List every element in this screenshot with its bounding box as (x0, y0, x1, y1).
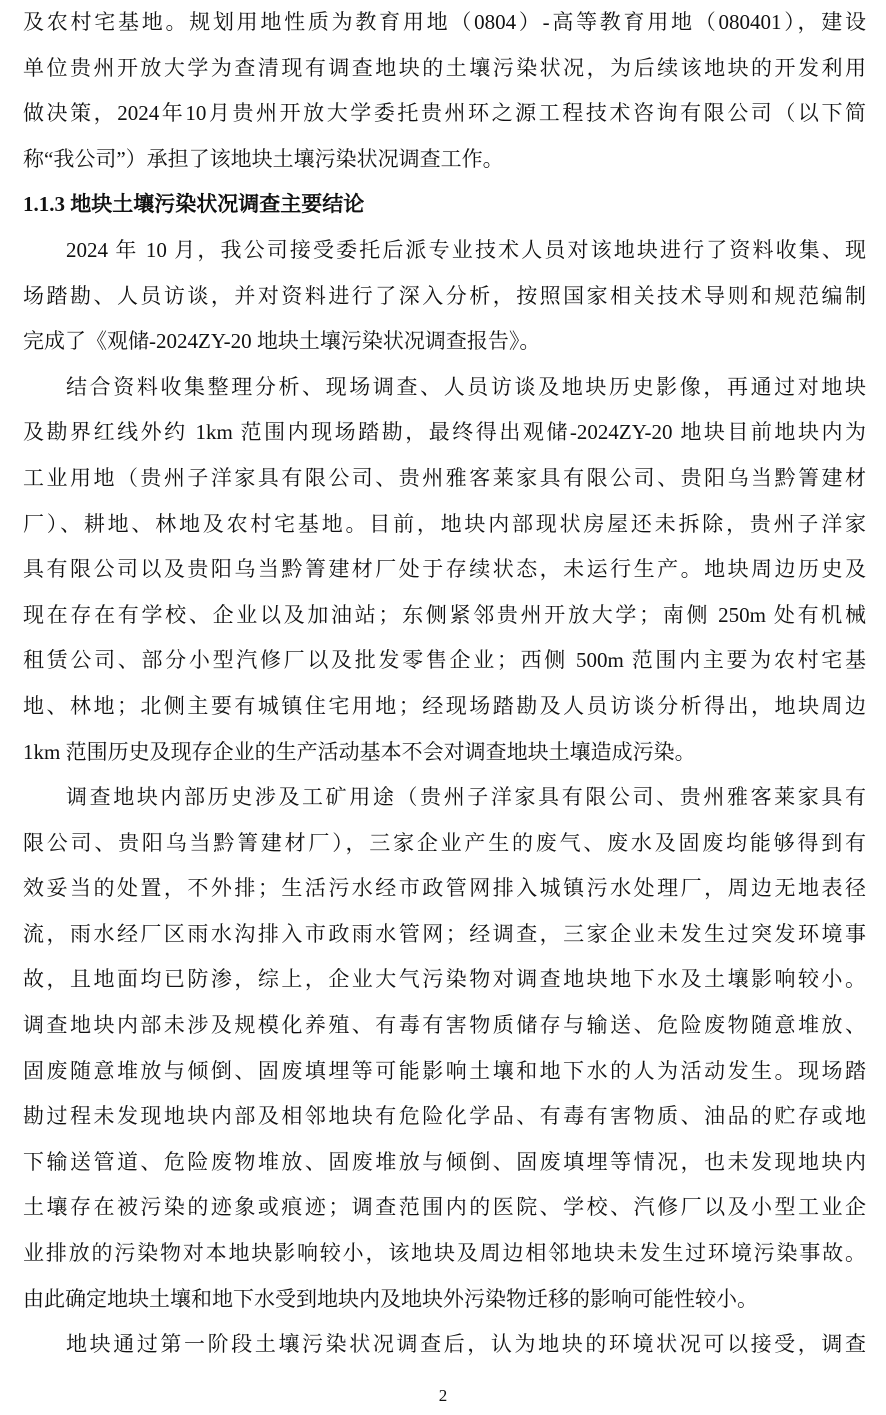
text-line: 称“我公司”）承担了该地块土壤污染状况调查工作。 (23, 137, 866, 183)
text-line: 限公司、贵阳乌当黔箐建材厂），三家企业产生的废气、废水及固废均能够得到有 (23, 821, 866, 867)
text-line: 厂）、耕地、林地及农村宅基地。目前，地块内部现状房屋还未拆除，贵州子洋家 (23, 502, 866, 548)
text-line: 故，且地面均已防渗，综上，企业大气污染物对调查地块地下水及土壤影响较小。 (23, 957, 866, 1003)
text-line: 结合资料收集整理分析、现场调查、人员访谈及地块历史影像，再通过对地块 (23, 365, 866, 411)
text-line: 租赁公司、部分小型汽修厂以及批发零售企业；西侧 500m 范围内主要为农村宅基 (23, 638, 866, 684)
text-line: 完成了《观储-2024ZY-20 地块土壤污染状况调查报告》。 (23, 319, 866, 365)
text-line: 业排放的污染物对本地块影响较小，该地块及周边相邻地块未发生过环境污染事故。 (23, 1231, 866, 1277)
page-number: 2 (0, 1386, 886, 1406)
text-line: 1km 范围历史及现存企业的生产活动基本不会对调查地块土壤造成污染。 (23, 730, 866, 776)
section-heading: 1.1.3 地块土壤污染状况调查主要结论 (23, 182, 866, 228)
text-line: 调查地块内部未涉及规模化养殖、有毒有害物质储存与输送、危险废物随意堆放、 (23, 1003, 866, 1049)
text-line: 土壤存在被污染的迹象或痕迹；调查范围内的医院、学校、汽修厂以及小型工业企 (23, 1185, 866, 1231)
text-line: 地、林地；北侧主要有城镇住宅用地；经现场踏勘及人员访谈分析得出，地块周边 (23, 684, 866, 730)
paragraph-continued: 及农村宅基地。规划用地性质为教育用地（0804）-高等教育用地（080401），… (23, 0, 866, 182)
paragraph-1: 2024 年 10 月，我公司接受委托后派专业技术人员对该地块进行了资料收集、现… (23, 228, 866, 365)
text-line: 做决策，2024年10月贵州开放大学委托贵州环之源工程技术咨询有限公司（以下简 (23, 91, 866, 137)
text-line: 及农村宅基地。规划用地性质为教育用地（0804）-高等教育用地（080401），… (23, 0, 866, 46)
text-line: 现在存在有学校、企业以及加油站；东侧紧邻贵州开放大学；南侧 250m 处有机械 (23, 593, 866, 639)
text-line: 固废随意堆放与倾倒、固废填埋等可能影响土壤和地下水的人为活动发生。现场踏 (23, 1049, 866, 1095)
text-line: 下输送管道、危险废物堆放、固废堆放与倾倒、固废填埋等情况，也未发现地块内 (23, 1140, 866, 1186)
text-line: 单位贵州开放大学为查清现有调查地块的土壤污染状况，为后续该地块的开发利用 (23, 46, 866, 92)
paragraph-4: 地块通过第一阶段土壤污染状况调查后，认为地块的环境状况可以接受，调查 (23, 1322, 866, 1368)
text-line: 2024 年 10 月，我公司接受委托后派专业技术人员对该地块进行了资料收集、现 (23, 228, 866, 274)
document-page: 及农村宅基地。规划用地性质为教育用地（0804）-高等教育用地（080401），… (23, 0, 866, 1368)
text-line: 效妥当的处置，不外排；生活污水经市政管网排入城镇污水处理厂，周边无地表径 (23, 866, 866, 912)
text-line: 勘过程未发现地块内部及相邻地块有危险化学品、有毒有害物质、油品的贮存或地 (23, 1094, 866, 1140)
text-line: 具有限公司以及贵阳乌当黔箐建材厂处于存续状态，未运行生产。地块周边历史及 (23, 547, 866, 593)
text-line: 流，雨水经厂区雨水沟排入市政雨水管网；经调查，三家企业未发生过突发环境事 (23, 912, 866, 958)
text-line: 调查地块内部历史涉及工矿用途（贵州子洋家具有限公司、贵州雅客莱家具有 (23, 775, 866, 821)
paragraph-2: 结合资料收集整理分析、现场调查、人员访谈及地块历史影像，再通过对地块 及勘界红线… (23, 365, 866, 775)
text-line: 由此确定地块土壤和地下水受到地块内及地块外污染物迁移的影响可能性较小。 (23, 1277, 866, 1323)
text-line: 工业用地（贵州子洋家具有限公司、贵州雅客莱家具有限公司、贵阳乌当黔箐建材 (23, 456, 866, 502)
text-line: 及勘界红线外约 1km 范围内现场踏勘，最终得出观储-2024ZY-20 地块目… (23, 410, 866, 456)
text-line: 地块通过第一阶段土壤污染状况调查后，认为地块的环境状况可以接受，调查 (23, 1322, 866, 1368)
text-line: 场踏勘、人员访谈，并对资料进行了深入分析，按照国家相关技术导则和规范编制 (23, 274, 866, 320)
paragraph-3: 调查地块内部历史涉及工矿用途（贵州子洋家具有限公司、贵州雅客莱家具有 限公司、贵… (23, 775, 866, 1322)
